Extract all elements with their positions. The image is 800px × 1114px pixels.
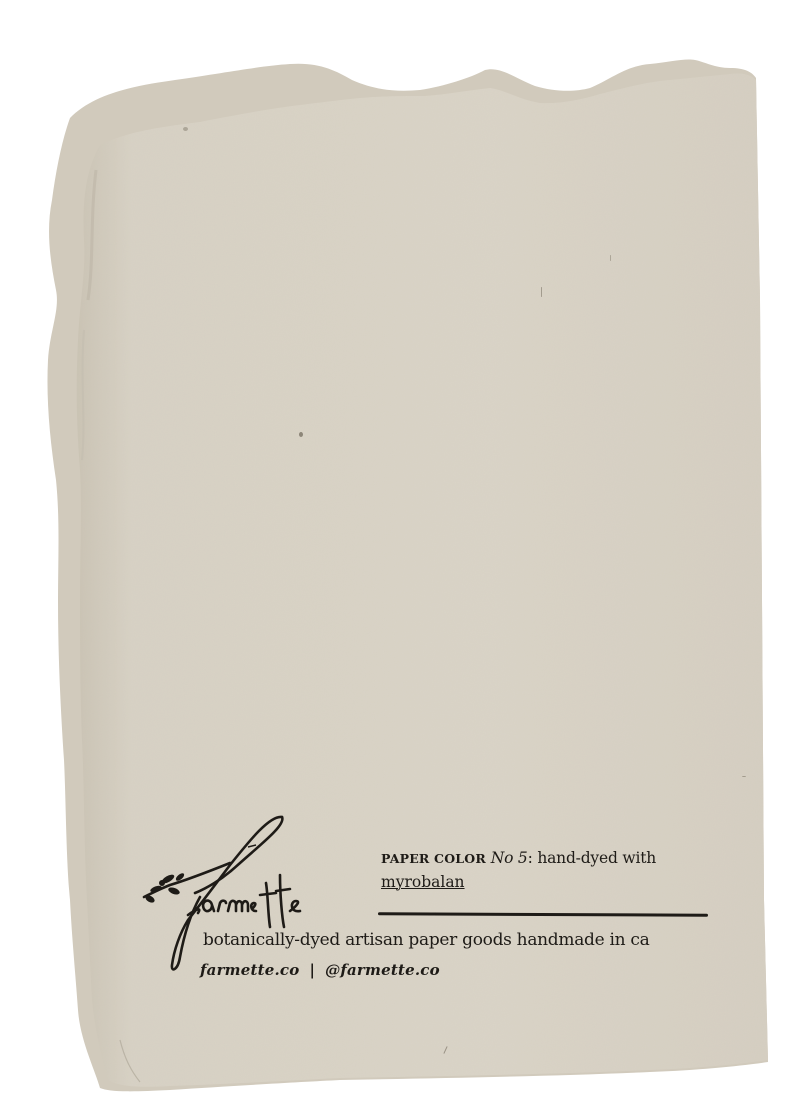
label-divider-rule: [378, 912, 708, 916]
brand-tagline: botanically-dyed artisan paper goods han…: [203, 930, 649, 950]
paper-color-description: : hand-dyed with: [528, 849, 656, 867]
separator: |: [309, 961, 315, 979]
website-text: farmette.co: [200, 961, 299, 979]
paper-color-line: PAPER COLOR No 5: hand-dyed with: [381, 849, 656, 867]
contact-line: farmette.co|@farmette.co: [200, 961, 440, 979]
paper-color-number: No 5: [491, 849, 528, 867]
printed-label: PAPER COLOR No 5: hand-dyed with myrobal…: [0, 0, 800, 1114]
paper-color-label: PAPER COLOR: [381, 851, 486, 866]
social-handle-text: @farmette.co: [325, 961, 440, 979]
paper-dye-name: myrobalan: [381, 873, 465, 891]
